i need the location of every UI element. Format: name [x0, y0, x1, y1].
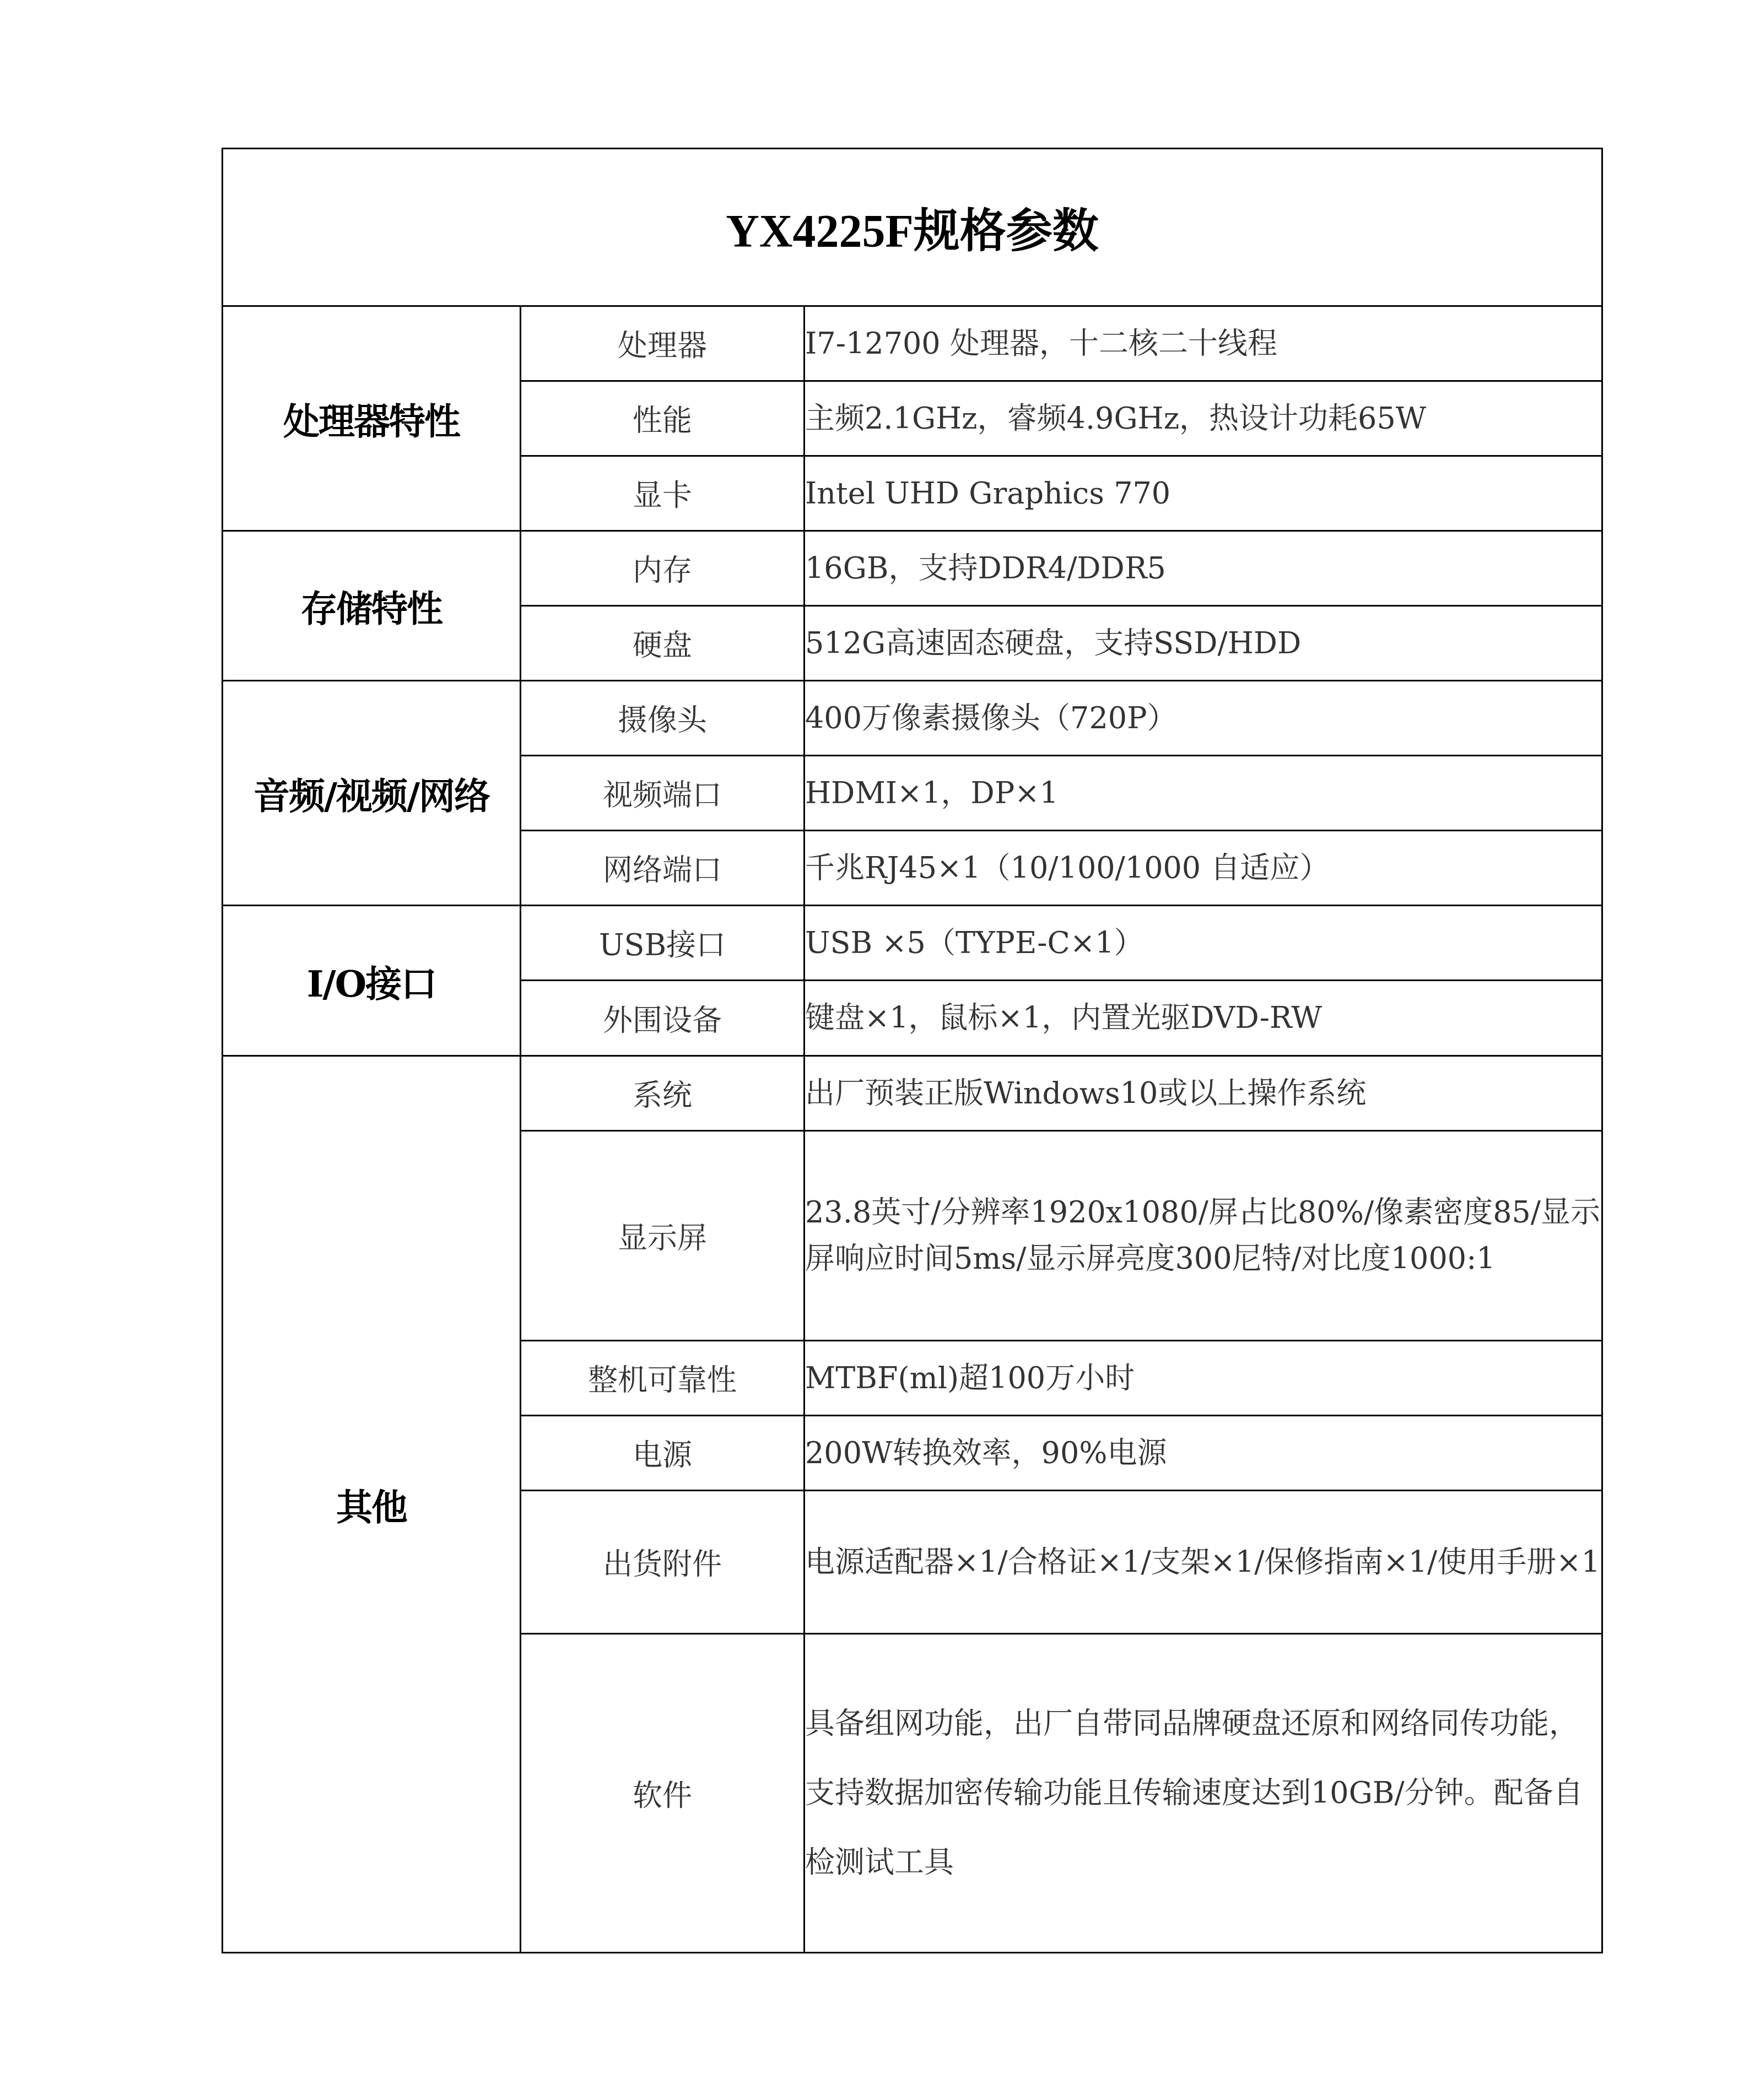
spec-label: 显卡 [521, 456, 805, 531]
spec-label: 硬盘 [521, 606, 805, 681]
spec-value: 400万像素摄像头（720P） [805, 681, 1602, 756]
spec-value: 23.8英寸/分辨率1920x1080/屏占比80%/像素密度85/显示屏响应时… [805, 1131, 1602, 1341]
spec-table: YX4225F规格参数 处理器特性 处理器 I7-12700 处理器，十二核二十… [222, 148, 1603, 1953]
spec-label: 网络端口 [521, 831, 805, 906]
spec-value: 200W转换效率，90%电源 [805, 1416, 1602, 1491]
table-row: I/O接口 USB接口 USB ×5（TYPE-C×1） [223, 906, 1602, 981]
table-row: 存储特性 内存 16GB，支持DDR4/DDR5 [223, 531, 1602, 606]
spec-value: 主频2.1GHz，睿频4.9GHz，热设计功耗65W [805, 381, 1602, 456]
spec-label: USB接口 [521, 906, 805, 981]
spec-value: Intel UHD Graphics 770 [805, 456, 1602, 531]
group-label: 音频/视频/网络 [223, 681, 521, 906]
table-row: 处理器特性 处理器 I7-12700 处理器，十二核二十线程 [223, 306, 1602, 381]
spec-label: 电源 [521, 1416, 805, 1491]
group-label: 存储特性 [223, 531, 521, 681]
spec-label: 软件 [521, 1634, 805, 1953]
spec-value: 具备组网功能，出厂自带同品牌硬盘还原和网络同传功能，支持数据加密传输功能且传输速… [805, 1634, 1602, 1953]
spec-label: 摄像头 [521, 681, 805, 756]
group-label: 其他 [223, 1056, 521, 1953]
spec-label: 整机可靠性 [521, 1341, 805, 1416]
spec-value: I7-12700 处理器，十二核二十线程 [805, 306, 1602, 381]
spec-value: MTBF(ml)超100万小时 [805, 1341, 1602, 1416]
table-row: 音频/视频/网络 摄像头 400万像素摄像头（720P） [223, 681, 1602, 756]
table-row: 其他 系统 出厂预装正版Windows10或以上操作系统 [223, 1056, 1602, 1131]
spec-value: HDMI×1，DP×1 [805, 756, 1602, 831]
spec-label: 出货附件 [521, 1491, 805, 1634]
spec-value: 键盘×1，鼠标×1，内置光驱DVD-RW [805, 981, 1602, 1056]
spec-label: 处理器 [521, 306, 805, 381]
group-label: 处理器特性 [223, 306, 521, 531]
page-title: YX4225F规格参数 [223, 149, 1602, 306]
spec-label: 系统 [521, 1056, 805, 1131]
title-row: YX4225F规格参数 [223, 149, 1602, 306]
spec-value: 16GB，支持DDR4/DDR5 [805, 531, 1602, 606]
spec-value: 千兆RJ45×1（10/100/1000 自适应） [805, 831, 1602, 906]
spec-value: 出厂预装正版Windows10或以上操作系统 [805, 1056, 1602, 1131]
spec-value: USB ×5（TYPE-C×1） [805, 906, 1602, 981]
spec-label: 内存 [521, 531, 805, 606]
spec-label: 视频端口 [521, 756, 805, 831]
spec-label: 显示屏 [521, 1131, 805, 1341]
spec-value: 电源适配器×1/合格证×1/支架×1/保修指南×1/使用手册×1 [805, 1491, 1602, 1634]
spec-label: 性能 [521, 381, 805, 456]
spec-value: 512G高速固态硬盘，支持SSD/HDD [805, 606, 1602, 681]
group-label: I/O接口 [223, 906, 521, 1056]
spec-label: 外围设备 [521, 981, 805, 1056]
